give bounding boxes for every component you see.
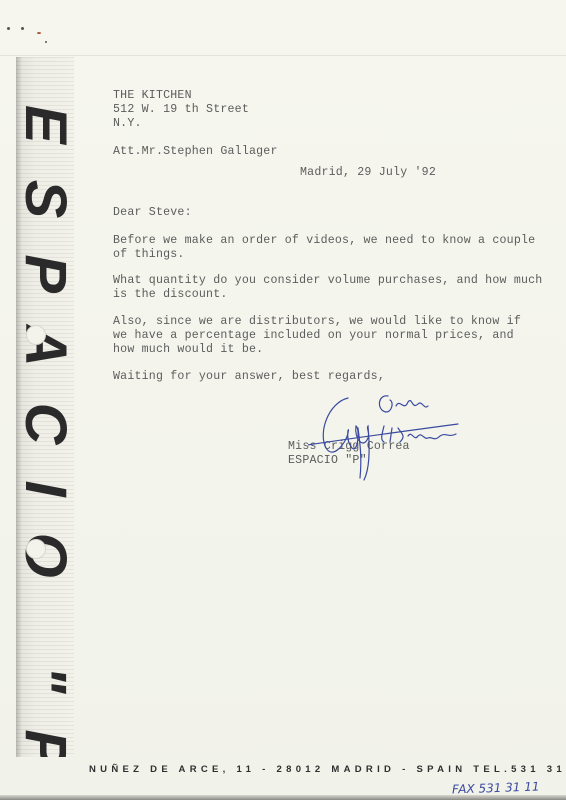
- recipient-line-3: N.Y.: [113, 117, 142, 131]
- letter-page: ESPACIO "P" THE KITCHEN 512 W. 19 th Str…: [0, 0, 566, 800]
- paper-speck: [45, 41, 47, 43]
- date-line: Madrid, 29 July '92: [300, 166, 436, 180]
- letterhead-footer-address: NUÑEZ DE ARCE, 11 - 28012 MADRID - SPAIN…: [89, 764, 566, 775]
- paper-speck: [7, 27, 10, 30]
- handwritten-signature: [308, 388, 468, 483]
- body-p1-line1: Before we make an order of videos, we ne…: [113, 234, 535, 248]
- salutation: Dear Steve:: [113, 206, 192, 220]
- attention-line: Att.Mr.Stephen Gallager: [113, 145, 278, 159]
- recipient-line-2: 512 W. 19 th Street: [113, 103, 249, 117]
- paper-speck: [21, 27, 24, 30]
- scan-edge-shadow: [0, 795, 566, 800]
- body-p3-line1: Also, since we are distributors, we woul…: [113, 315, 521, 329]
- body-p3-line3: how much would it be.: [113, 343, 263, 357]
- paper-speck: [37, 32, 41, 34]
- body-p1-line2: of things.: [113, 248, 185, 262]
- closing-line: Waiting for your answer, best regards,: [113, 370, 385, 384]
- letterhead-banner: ESPACIO "P": [16, 57, 74, 757]
- punch-hole: [26, 325, 46, 345]
- banner-logo-text: ESPACIO "P": [16, 57, 74, 757]
- body-p3-line2: we have a percentage included on your no…: [113, 329, 514, 343]
- paper-fold-line: [0, 55, 566, 56]
- body-p2-line2: is the discount.: [113, 288, 228, 302]
- punch-hole: [26, 539, 46, 559]
- handwritten-fax-number: FAX 531 31 11: [452, 779, 540, 796]
- recipient-line-1: THE KITCHEN: [113, 89, 192, 103]
- body-p2-line1: What quantity do you consider volume pur…: [113, 274, 542, 288]
